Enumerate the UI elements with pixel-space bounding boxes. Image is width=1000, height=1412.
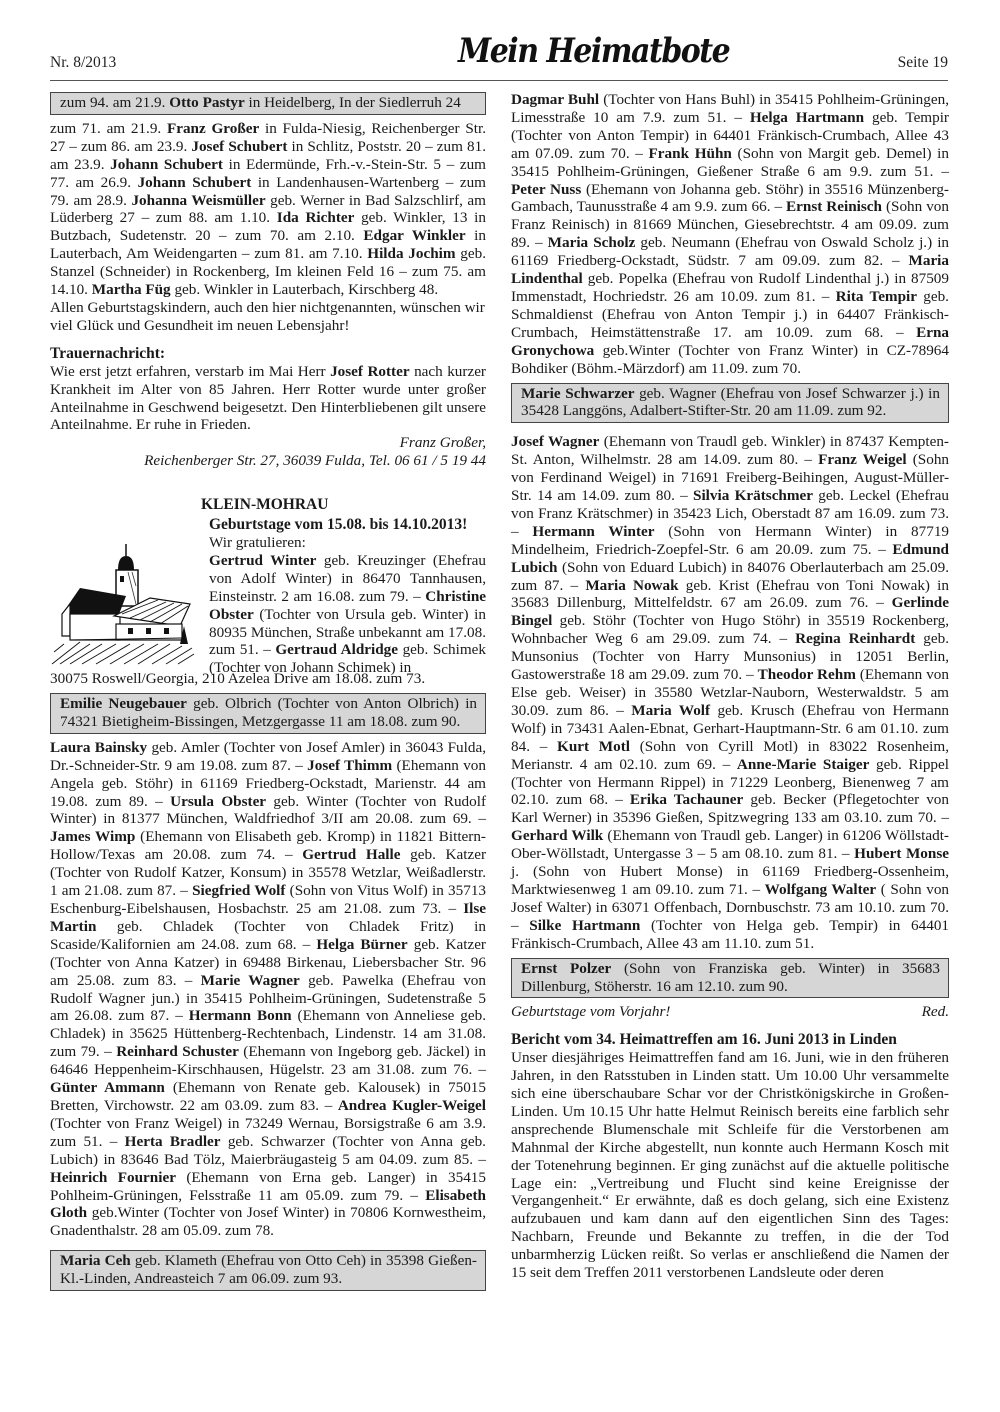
- signature-name: Franz Großer,: [50, 434, 486, 452]
- klein-mohrau-text: Geburtstage vom 15.08. bis 14.10.2013! W…: [209, 516, 486, 677]
- report-body: Unser diesjähriges Heimattreffen fand am…: [511, 1049, 949, 1282]
- birthday-list-4: Josef Wagner (Ehemann von Traudl geb. Wi…: [511, 433, 949, 952]
- page-header: Nr. 8/2013 Mein Heimatbote Seite 19: [50, 38, 948, 81]
- birthday-list-2: Laura Bainsky geb. Amler (Tochter von Jo…: [50, 739, 486, 1240]
- obituary-text: Wie erst jetzt erfahren, verstarb im Mai…: [50, 363, 486, 435]
- birthday-wishes: Allen Geburtstagskindern, auch den hier …: [50, 299, 486, 335]
- issue-number: Nr. 8/2013: [50, 54, 116, 72]
- masthead-logo: Mein Heimatbote: [458, 32, 729, 71]
- highlight-box-pastyr: zum 94. am 21.9. Otto Pastyr in Heidelbe…: [50, 92, 486, 115]
- footnote-text: Geburtstage vom Vorjahr!: [511, 1003, 670, 1021]
- highlight-box-ceh: Maria Ceh geb. Klameth (Ehefrau von Otto…: [50, 1250, 486, 1291]
- left-column: zum 94. am 21.9. Otto Pastyr in Heidelbe…: [50, 92, 486, 1291]
- klein-mohrau-section: KLEIN-MOHRAU Geburtstage vom 15.08. bis …: [50, 496, 486, 672]
- entry-text: in Heidelberg, In der Siedlerruh 24: [245, 94, 461, 111]
- birthday-list-3: Dagmar Buhl (Tochter von Hans Buhl) in 3…: [511, 91, 949, 378]
- footnote: Geburtstage vom Vorjahr! Red.: [511, 1003, 949, 1021]
- birthday-list-1: zum 71. am 21.9. Franz Großer in Fulda-N…: [50, 120, 486, 299]
- klein-mohrau-subtitle: Geburtstage vom 15.08. bis 14.10.2013!: [209, 516, 486, 534]
- right-column: Dagmar Buhl (Tochter von Hans Buhl) in 3…: [511, 91, 949, 1282]
- page-number: Seite 19: [898, 54, 948, 72]
- church-village-illustration: [50, 536, 195, 666]
- person-name: Otto Pastyr: [169, 94, 245, 111]
- entry-text: zum 94. am 21.9.: [60, 94, 169, 111]
- editor-mark: Red.: [922, 1003, 949, 1021]
- section-title-klein-mohrau: KLEIN-MOHRAU: [201, 496, 328, 514]
- obituary-title: Trauernachricht:: [50, 345, 486, 363]
- highlight-box-schwarzer: Marie Schwarzer geb. Wagner (Ehefrau von…: [511, 383, 949, 424]
- highlight-box-polzer: Ernst Polzer (Sohn von Franziska geb. Wi…: [511, 958, 949, 999]
- signature-address: Reichenberger Str. 27, 36039 Fulda, Tel.…: [50, 452, 486, 470]
- greeting: Wir gratulieren:: [209, 534, 486, 552]
- highlight-box-neugebauer: Emilie Neugebauer geb. Olbrich (Tochter …: [50, 693, 486, 734]
- report-title: Bericht vom 34. Heimattreffen am 16. Jun…: [511, 1031, 949, 1049]
